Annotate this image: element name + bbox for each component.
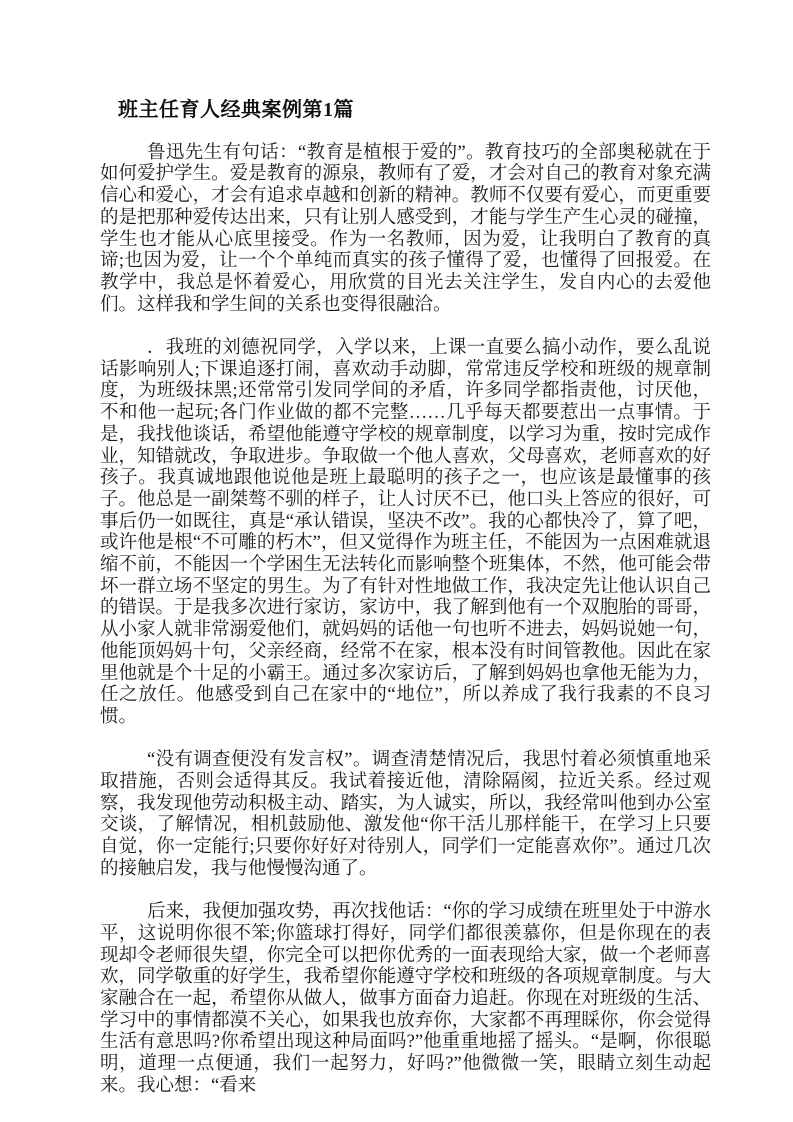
document-title: 班主任育人经典案例第1篇 [118, 99, 711, 121]
body-paragraph-4: 后来，我便加强攻势，再次找他话：“你的学习成绩在班里处于中游水平，这说明你很不笨… [100, 902, 711, 1097]
document-content: 班主任育人经典案例第1篇 鲁迅先生有句话：“教育是植根于爱的”。教育技巧的全部奥… [100, 0, 711, 1098]
body-paragraph-1: 鲁迅先生有句话：“教育是植根于爱的”。教育技巧的全部奥秘就在于如何爱护学生。爱是… [100, 143, 711, 317]
body-paragraph-2: ．我班的刘德祝同学，入学以来，上课一直要么搞小动作，要么乱说话影响别人;下课追逐… [100, 338, 711, 729]
body-paragraph-3: “没有调查便没有发言权”。调查清楚情况后，我思忖着必须慎重地采取措施，否则会适得… [100, 750, 711, 880]
document-page: 班主任育人经典案例第1篇 鲁迅先生有句话：“教育是植根于爱的”。教育技巧的全部奥… [0, 0, 793, 1122]
